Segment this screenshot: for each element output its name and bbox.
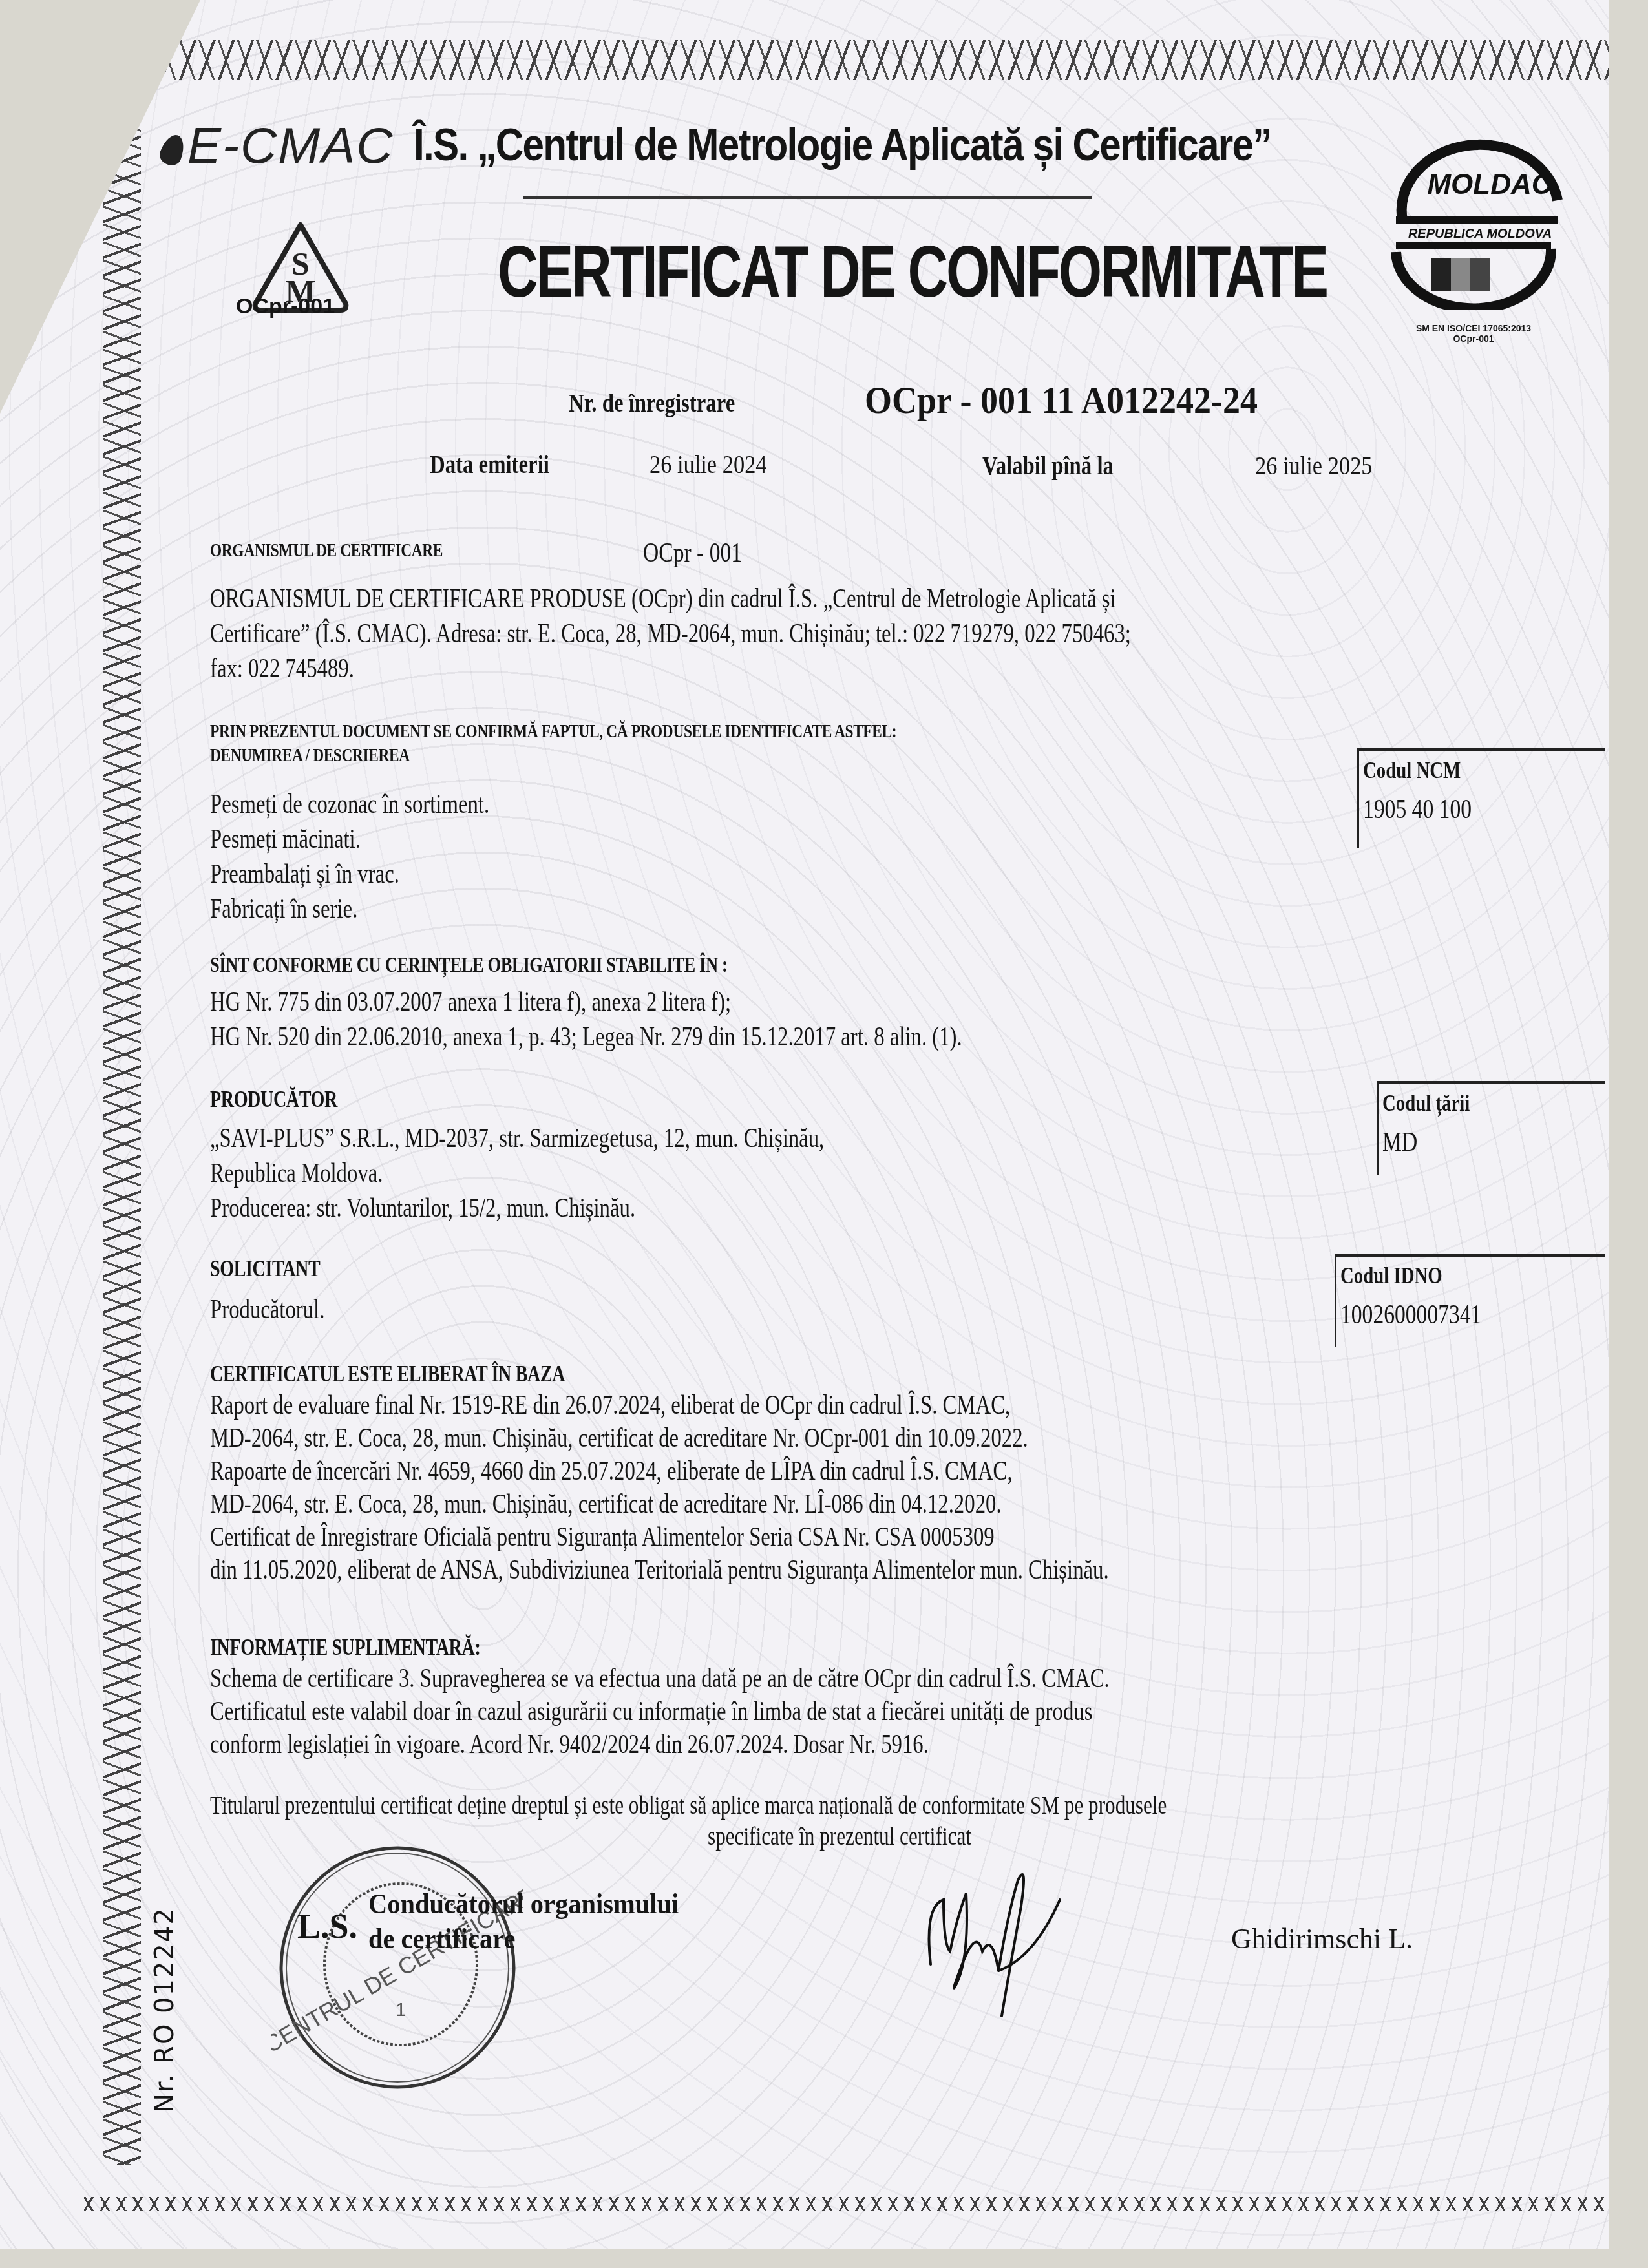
registration-number: OCpr - 001 11 A012242-24 bbox=[865, 378, 1258, 423]
certificate-page: E-CMAC Î.S. „Centrul de Metrologie Aplic… bbox=[0, 0, 1609, 2249]
svg-text:MOLDAC: MOLDAC bbox=[1427, 169, 1552, 200]
decorative-border-left bbox=[103, 123, 141, 2165]
ls-mark: L.S. bbox=[297, 1906, 357, 1946]
basis-heading: CERTIFICATUL ESTE ELIBERAT ÎN BAZA bbox=[210, 1360, 565, 1387]
producer-heading: PRODUCĂTOR bbox=[210, 1086, 337, 1113]
additional-info-details: Schema de certificare 3. Supravegherea s… bbox=[210, 1663, 1110, 1761]
moldac-standard: SM EN ISO/CEI 17065:2013 OCpr-001 bbox=[1383, 323, 1564, 344]
ncm-code-label: Codul NCM bbox=[1363, 757, 1461, 784]
basis-details: Raport de evaluare final Nr. 1519-RE din… bbox=[210, 1389, 1109, 1587]
ncm-code-box: Codul NCM 1905 40 100 bbox=[1357, 748, 1605, 848]
organization-name: Î.S. „Centrul de Metrologie Aplicată și … bbox=[414, 119, 1271, 171]
country-code-value: MD bbox=[1382, 1127, 1417, 1158]
country-code-box: Codul țării MD bbox=[1377, 1081, 1605, 1175]
idno-code-value: 1002600007341 bbox=[1340, 1299, 1481, 1330]
valid-until-date: 26 iulie 2025 bbox=[1255, 450, 1373, 481]
signer-name: Ghidirimschi L. bbox=[1231, 1922, 1413, 1955]
sm-mark-notice: Titularul prezentului certificat deține … bbox=[210, 1790, 1167, 1820]
products-subheading: DENUMIREA / DESCRIEREA bbox=[210, 744, 410, 766]
title-divider bbox=[523, 196, 1092, 199]
ncm-code-value: 1905 40 100 bbox=[1363, 794, 1472, 825]
head-of-body-label: Conducătorul organismului de certificare bbox=[368, 1887, 679, 1957]
certification-body-details: ORGANISMUL DE CERTIFICARE PRODUSE (OCpr)… bbox=[210, 582, 1131, 686]
handwritten-signature-icon bbox=[905, 1854, 1137, 2022]
registration-label: Nr. de înregistrare bbox=[569, 388, 735, 418]
svg-text:1: 1 bbox=[396, 1999, 407, 2021]
products-heading: PRIN PREZENTUL DOCUMENT SE CONFIRMĂ FAPT… bbox=[210, 720, 896, 742]
certification-body-code: OCpr - 001 bbox=[643, 538, 742, 569]
sm-code: OCpr-001 bbox=[236, 294, 335, 319]
issue-date-label: Data emiterii bbox=[430, 449, 549, 479]
requirements-list: HG Nr. 775 din 03.07.2007 anexa 1 litera… bbox=[210, 985, 962, 1055]
cmac-logo: E-CMAC bbox=[162, 116, 394, 175]
official-stamp-icon: CENTRUL DE CERTIFICARE 1 bbox=[271, 1842, 523, 2094]
svg-text:REPUBLICA MOLDOVA: REPUBLICA MOLDOVA bbox=[1408, 227, 1552, 241]
idno-code-label: Codul IDNO bbox=[1340, 1262, 1442, 1289]
producer-details: „SAVI-PLUS” S.R.L., MD-2037, str. Sarmiz… bbox=[210, 1121, 824, 1226]
valid-until-label: Valabil pînă la bbox=[982, 450, 1114, 481]
moldac-accreditation-logo-icon: MOLDAC REPUBLICA MOLDOVA bbox=[1377, 129, 1570, 310]
sm-mark-notice-cont: specificate în prezentul certificat bbox=[708, 1821, 971, 1851]
certificate-title: CERTIFICAT DE CONFORMITATE bbox=[498, 229, 1327, 314]
leaf-icon bbox=[157, 132, 188, 169]
country-code-label: Codul țării bbox=[1382, 1089, 1470, 1117]
decorative-border-bottom bbox=[84, 2197, 1609, 2211]
additional-info-heading: INFORMAȚIE SUPLIMENTARĂ: bbox=[210, 1633, 480, 1661]
products-description: Pesmeți de cozonac în sortiment. Pesmeți… bbox=[210, 787, 489, 927]
requirements-heading: SÎNT CONFORME CU CERINȚELE OBLIGATORII S… bbox=[210, 953, 727, 978]
applicant-value: Producătorul. bbox=[210, 1292, 324, 1327]
certification-body-heading: ORGANISMUL DE CERTIFICARE bbox=[210, 540, 443, 562]
idno-code-box: Codul IDNO 1002600007341 bbox=[1335, 1254, 1605, 1347]
issue-date: 26 iulie 2024 bbox=[650, 449, 767, 479]
decorative-border-top bbox=[165, 40, 1609, 80]
applicant-heading: SOLICITANT bbox=[210, 1255, 320, 1282]
serial-number: Nr. RO 012242 bbox=[150, 1907, 180, 2113]
